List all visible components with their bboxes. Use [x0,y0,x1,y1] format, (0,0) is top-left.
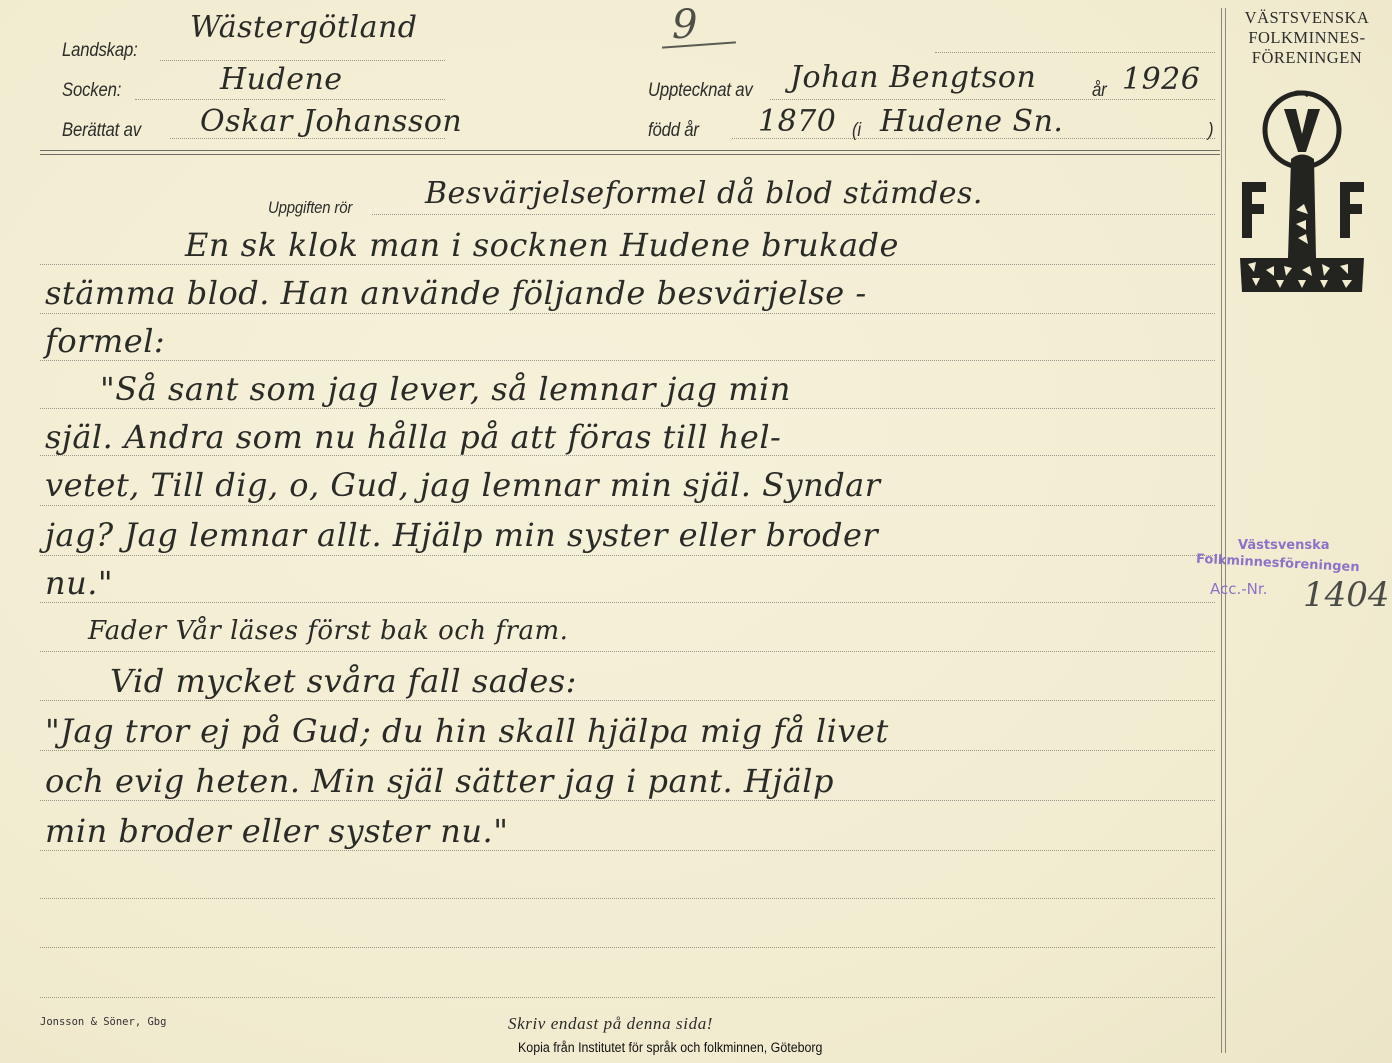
body-line: En sk klok man i socknen Hudene brukade [185,226,899,264]
subject-dotline [372,214,1215,215]
printer-credit: Jonsson & Söner, Gbg [40,1016,166,1028]
ruled-line [40,700,1215,701]
body-line: Fader Vår läses först bak och fram. [88,616,568,646]
landskap-label: Landskap: [62,40,138,62]
body-line: "Så sant som jag lever, så lemnar jag mi… [100,370,791,408]
body-line: min broder eller syster nu." [45,812,508,850]
fodd-plats-prefix: (i [852,120,861,142]
socken-label: Socken: [62,80,121,102]
stamp-line-1: Västsvenska [1238,538,1330,553]
vff-hammer-logo-icon [1236,82,1366,297]
ruled-line [40,360,1215,361]
berattat-av-label: Berättat av [62,120,141,142]
organization-line: FOLKMINNES- [1232,28,1382,48]
body-line: "Jag tror ej på Gud; du hin skall hjälpa… [45,712,889,750]
subject-value: Besvärjelseformel då blod stämdes. [425,176,983,211]
body-line: jag? Jag lemnar allt. Hjälp min syster e… [45,516,878,554]
stamp-line-3: Acc.-Nr. [1210,580,1267,598]
fodd-ar-value: 1870 [758,104,836,139]
ruled-line [40,555,1215,556]
upptecknat-av-label: Upptecknat av [648,80,753,102]
body-line: stämma blod. Han använde följande besvär… [45,274,867,312]
subject-label: Uppgiften rör [268,198,352,218]
margin-divider [1221,8,1226,1053]
ruled-line [40,651,1215,652]
ruled-line [40,408,1215,409]
ruled-line [40,947,1215,948]
ar-label: år [1092,80,1107,102]
copy-notice: Kopia från Institutet för språk och folk… [518,1040,822,1055]
ruled-line [40,602,1215,603]
upptecknat-dotline [770,99,1215,100]
ruled-line [40,997,1215,998]
organization-line: VÄSTSVENSKA [1232,8,1382,28]
ruled-line [40,313,1215,314]
organization-name: VÄSTSVENSKA FOLKMINNES- FÖRENINGEN [1232,8,1382,68]
fodd-plats-value: Hudene Sn. [880,104,1063,139]
body-line: Vid mycket svåra fall sades: [110,662,577,700]
body-line: nu." [45,564,113,602]
landskap-value: Wästergötland [190,10,418,45]
body-line: själ. Andra som nu hålla på att föras ti… [45,418,781,456]
body-line: formel: [45,322,165,360]
fodd-ar-label: född år [648,120,699,142]
ruled-line [40,800,1215,801]
ruled-line [40,505,1215,506]
upptecknat-av-value: Johan Bengtson [790,60,1036,95]
organization-line: FÖRENINGEN [1232,48,1382,68]
body-line: vetet, Till dig, o, Gud, jag lemnar min … [45,466,881,504]
fodd-plats-suffix: ) [1208,120,1213,142]
archive-form-page: 9 Landskap: Wästergötland Socken: Hudene… [0,0,1392,1063]
header-divider [40,150,1220,155]
socken-value: Hudene [220,62,343,97]
ruled-line [40,898,1215,899]
ar-value: 1926 [1122,62,1200,97]
landskap-dotline [160,60,445,61]
top-right-dotline [935,52,1215,53]
ruled-line [40,750,1215,751]
berattat-av-value: Oskar Johansson [200,104,462,139]
write-one-side-note: Skriv endast på denna sida! [508,1014,713,1034]
body-line: och evig heten. Min själ sätter jag i pa… [45,762,834,800]
ruled-line [40,264,1215,265]
socken-dotline [135,99,445,100]
accession-number: 1404 [1303,575,1390,615]
page-number: 9 [672,2,697,48]
ruled-line [40,850,1215,851]
